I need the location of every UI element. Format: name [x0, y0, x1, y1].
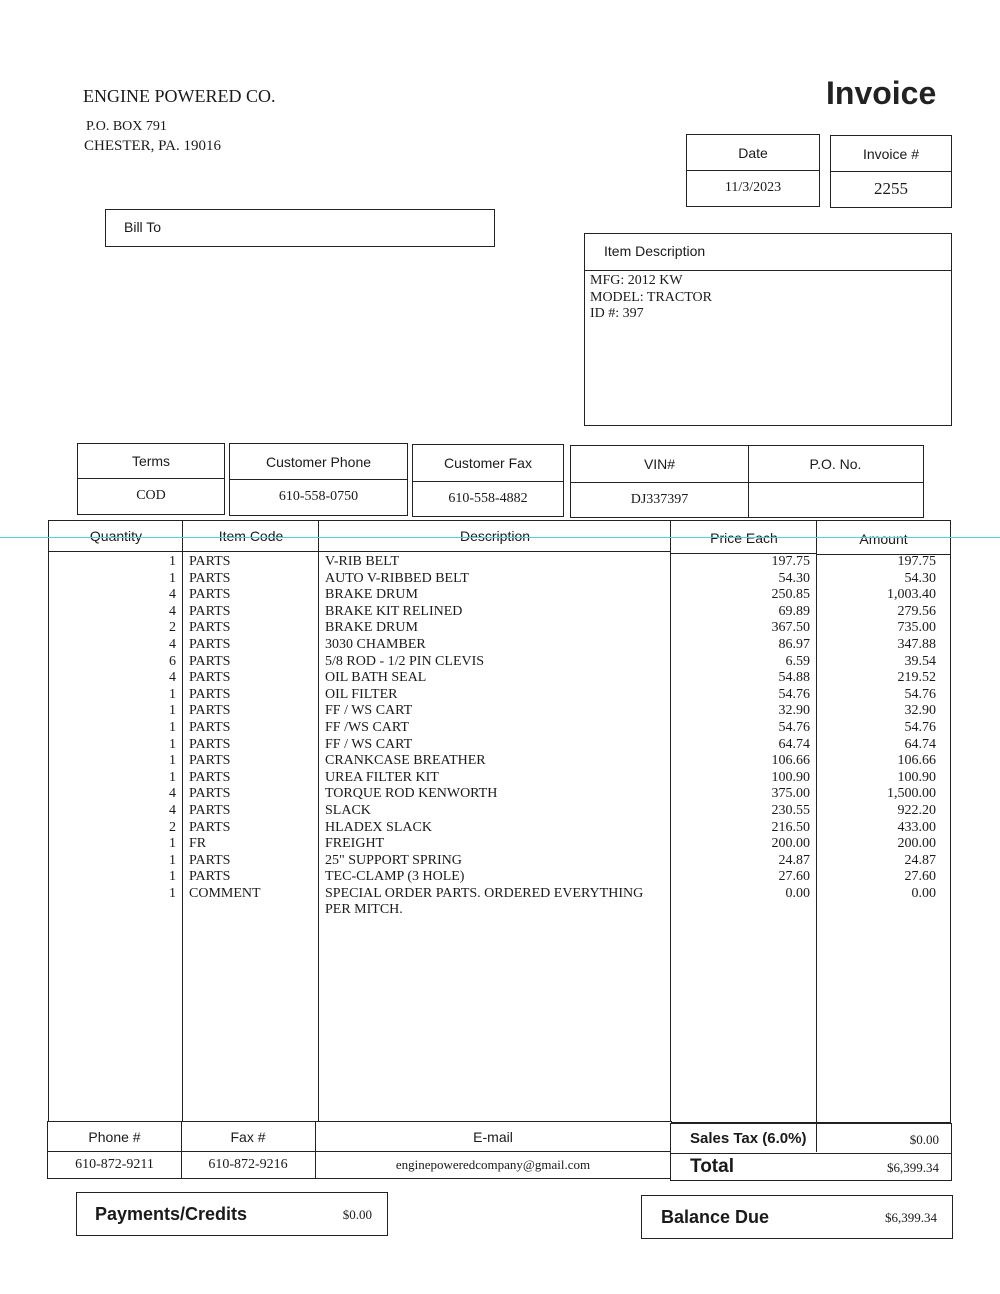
item-description-label: Item Description — [604, 243, 705, 259]
row-description: FF / WS CART — [325, 703, 412, 720]
row-item-code: PARTS — [189, 654, 230, 671]
table-row: 4PARTSTORQUE ROD KENWORTH375.001,500.00 — [49, 786, 950, 803]
balance-due-label: Balance Due — [661, 1207, 769, 1228]
header-amount: Amount — [817, 524, 950, 555]
row-price-each: 54.76 — [779, 687, 811, 704]
row-amount: 54.30 — [905, 571, 937, 588]
row-description: OIL BATH SEAL — [325, 670, 426, 687]
invoice-number-value: 2255 — [831, 172, 951, 206]
row-item-code: PARTS — [189, 720, 230, 737]
row-quantity: 1 — [169, 720, 176, 737]
row-amount: 24.87 — [905, 853, 937, 870]
terms-box: Terms COD — [77, 443, 225, 515]
date-box: Date 11/3/2023 — [686, 134, 820, 207]
row-price-each: 200.00 — [772, 836, 811, 853]
row-item-code: PARTS — [189, 571, 230, 588]
table-row: 1COMMENTSPECIAL ORDER PARTS. ORDERED EVE… — [49, 886, 950, 903]
row-item-code: PARTS — [189, 587, 230, 604]
item-description-id: ID #: 397 — [590, 306, 951, 323]
bill-to-box: Bill To — [105, 209, 495, 247]
row-price-each: 106.66 — [772, 753, 811, 770]
table-row: 4PARTSBRAKE DRUM250.851,003.40 — [49, 587, 950, 604]
row-item-code: PARTS — [189, 869, 230, 886]
company-address-line1: P.O. BOX 791 — [86, 119, 167, 135]
table-row: 1PARTSFF / WS CART64.7464.74 — [49, 737, 950, 754]
row-description: 5/8 ROD - 1/2 PIN CLEVIS — [325, 654, 484, 671]
row-amount: 347.88 — [898, 637, 937, 654]
row-quantity: 6 — [169, 654, 176, 671]
row-description: 3030 CHAMBER — [325, 637, 426, 654]
fax-label: Fax # — [181, 1122, 315, 1151]
date-value: 11/3/2023 — [687, 171, 819, 205]
table-row: 4PARTSOIL BATH SEAL54.88219.52 — [49, 670, 950, 687]
total-value: $6,399.34 — [887, 1160, 939, 1176]
item-description-mfg: MFG: 2012 KW — [590, 273, 951, 290]
sales-tax-label: Sales Tax (6.0%) — [690, 1130, 806, 1147]
phone-value: 610-872-9211 — [48, 1152, 181, 1178]
table-row: 1PARTSUREA FILTER KIT100.90100.90 — [49, 770, 950, 787]
header-price-each: Price Each — [671, 523, 817, 554]
row-price-each: 32.90 — [779, 703, 811, 720]
table-row: PER MITCH. — [49, 902, 950, 919]
row-price-each: 69.89 — [779, 604, 811, 621]
email-value: enginepoweredcompany@gmail.com — [315, 1152, 671, 1178]
row-price-each: 367.50 — [772, 620, 811, 637]
sales-tax-value: $0.00 — [910, 1132, 939, 1148]
invoice-number-label: Invoice # — [831, 136, 951, 172]
row-price-each: 6.59 — [786, 654, 811, 671]
row-description: BRAKE DRUM — [325, 620, 418, 637]
row-quantity: 1 — [169, 753, 176, 770]
total-label: Total — [690, 1156, 734, 1178]
row-price-each: 216.50 — [772, 820, 811, 837]
row-price-each: 230.55 — [772, 803, 811, 820]
row-description: TEC-CLAMP (3 HOLE) — [325, 869, 464, 886]
balance-due-box: Balance Due $6,399.34 — [641, 1195, 953, 1239]
row-price-each: 0.00 — [786, 886, 811, 903]
customer-fax-label: Customer Fax — [413, 445, 563, 482]
row-description: UREA FILTER KIT — [325, 770, 439, 787]
payments-credits-label: Payments/Credits — [95, 1204, 247, 1225]
table-row: 2PARTSBRAKE DRUM367.50735.00 — [49, 620, 950, 637]
row-quantity: 1 — [169, 554, 176, 571]
row-item-code: PARTS — [189, 604, 230, 621]
invoice-number-box: Invoice # 2255 — [830, 135, 952, 208]
row-quantity: 4 — [169, 786, 176, 803]
row-price-each: 64.74 — [779, 737, 811, 754]
row-item-code: PARTS — [189, 803, 230, 820]
row-amount: 433.00 — [898, 820, 937, 837]
row-quantity: 4 — [169, 670, 176, 687]
row-item-code: PARTS — [189, 737, 230, 754]
vin-po-box: VIN# P.O. No. DJ337397 — [570, 445, 924, 518]
row-quantity: 2 — [169, 820, 176, 837]
vin-value: DJ337397 — [571, 483, 748, 517]
row-description: FREIGHT — [325, 836, 384, 853]
row-quantity: 1 — [169, 886, 176, 903]
document-title: Invoice — [826, 75, 936, 112]
date-label: Date — [687, 135, 819, 171]
row-description: V-RIB BELT — [325, 554, 399, 571]
row-item-code: FR — [189, 836, 206, 853]
line-items: 1PARTSV-RIB BELT197.75197.751PARTSAUTO V… — [49, 554, 950, 919]
table-row: 4PARTSSLACK230.55922.20 — [49, 803, 950, 820]
row-price-each: 24.87 — [779, 853, 811, 870]
table-row: 1PARTSCRANKCASE BREATHER106.66106.66 — [49, 753, 950, 770]
row-description: AUTO V-RIBBED BELT — [325, 571, 469, 588]
scan-guide-line — [0, 537, 1000, 538]
row-item-code: PARTS — [189, 703, 230, 720]
row-amount: 1,500.00 — [887, 786, 936, 803]
table-row: 4PARTS3030 CHAMBER86.97347.88 — [49, 637, 950, 654]
company-address-line2: CHESTER, PA. 19016 — [84, 138, 221, 155]
row-price-each: 250.85 — [772, 587, 811, 604]
row-price-each: 54.76 — [779, 720, 811, 737]
terms-label: Terms — [78, 444, 224, 479]
row-item-code: PARTS — [189, 853, 230, 870]
terms-value: COD — [78, 479, 224, 513]
row-price-each: 54.30 — [779, 571, 811, 588]
row-description: HLADEX SLACK — [325, 820, 432, 837]
row-amount: 32.90 — [905, 703, 937, 720]
row-item-code: PARTS — [189, 786, 230, 803]
table-row: 1PARTSTEC-CLAMP (3 HOLE)27.6027.60 — [49, 869, 950, 886]
payments-credits-value: $0.00 — [343, 1207, 372, 1223]
row-amount: 219.52 — [898, 670, 937, 687]
row-item-code: PARTS — [189, 620, 230, 637]
row-description: SLACK — [325, 803, 371, 820]
row-quantity: 2 — [169, 620, 176, 637]
row-amount: 27.60 — [905, 869, 937, 886]
customer-fax-box: Customer Fax 610-558-4882 — [412, 444, 564, 517]
row-price-each: 100.90 — [772, 770, 811, 787]
row-quantity: 1 — [169, 770, 176, 787]
row-quantity: 1 — [169, 869, 176, 886]
row-description: BRAKE KIT RELINED — [325, 604, 462, 621]
row-description: CRANKCASE BREATHER — [325, 753, 486, 770]
bill-to-label: Bill To — [124, 219, 161, 235]
row-item-code: PARTS — [189, 770, 230, 787]
row-quantity: 1 — [169, 571, 176, 588]
row-amount: 54.76 — [905, 720, 937, 737]
table-row: 1PARTSV-RIB BELT197.75197.75 — [49, 554, 950, 571]
totals-box: Sales Tax (6.0%) $0.00 Total $6,399.34 — [670, 1123, 952, 1181]
customer-phone-box: Customer Phone 610-558-0750 — [229, 443, 408, 516]
table-row: 6PARTS5/8 ROD - 1/2 PIN CLEVIS6.5939.54 — [49, 654, 950, 671]
po-number-value — [748, 483, 923, 517]
row-amount: 39.54 — [905, 654, 937, 671]
row-amount: 64.74 — [905, 737, 937, 754]
row-amount: 279.56 — [898, 604, 937, 621]
row-item-code: PARTS — [189, 670, 230, 687]
balance-due-value: $6,399.34 — [885, 1210, 937, 1226]
row-amount: 735.00 — [898, 620, 937, 637]
row-item-code: PARTS — [189, 820, 230, 837]
vin-label: VIN# — [571, 446, 748, 482]
table-row: 1PARTSFF /WS CART54.7654.76 — [49, 720, 950, 737]
row-item-code: PARTS — [189, 554, 230, 571]
row-amount: 106.66 — [898, 753, 937, 770]
row-amount: 100.90 — [898, 770, 937, 787]
row-quantity: 1 — [169, 737, 176, 754]
row-amount: 0.00 — [912, 886, 937, 903]
customer-phone-label: Customer Phone — [230, 444, 407, 480]
row-description: OIL FILTER — [325, 687, 397, 704]
row-amount: 922.20 — [898, 803, 937, 820]
row-quantity: 1 — [169, 853, 176, 870]
company-name: ENGINE POWERED CO. — [83, 86, 275, 107]
contact-footer: Phone # Fax # E-mail 610-872-9211 610-87… — [47, 1121, 672, 1179]
row-item-code: COMMENT — [189, 886, 261, 903]
table-row: 1PARTSOIL FILTER54.7654.76 — [49, 687, 950, 704]
item-description-model: MODEL: TRACTOR — [590, 290, 951, 307]
row-description: PER MITCH. — [325, 902, 403, 919]
row-quantity: 4 — [169, 604, 176, 621]
row-amount: 1,003.40 — [887, 587, 936, 604]
payments-credits-box: Payments/Credits $0.00 — [76, 1192, 388, 1236]
row-amount: 54.76 — [905, 687, 937, 704]
row-quantity: 1 — [169, 836, 176, 853]
row-item-code: PARTS — [189, 637, 230, 654]
table-row: 1PARTSAUTO V-RIBBED BELT54.3054.30 — [49, 571, 950, 588]
row-price-each: 375.00 — [772, 786, 811, 803]
table-row: 1FRFREIGHT200.00200.00 — [49, 836, 950, 853]
customer-phone-value: 610-558-0750 — [230, 480, 407, 514]
row-item-code: PARTS — [189, 753, 230, 770]
row-price-each: 86.97 — [779, 637, 811, 654]
row-description: FF / WS CART — [325, 737, 412, 754]
row-quantity: 4 — [169, 637, 176, 654]
row-quantity: 4 — [169, 587, 176, 604]
email-label: E-mail — [315, 1122, 671, 1151]
row-price-each: 197.75 — [772, 554, 811, 571]
line-items-table: Quantity Item Code Description Price Eac… — [48, 520, 951, 1123]
row-price-each: 27.60 — [779, 869, 811, 886]
row-description: BRAKE DRUM — [325, 587, 418, 604]
po-number-label: P.O. No. — [748, 446, 923, 482]
row-quantity: 4 — [169, 803, 176, 820]
row-item-code: PARTS — [189, 687, 230, 704]
row-description: 25" SUPPORT SPRING — [325, 853, 462, 870]
row-amount: 197.75 — [898, 554, 937, 571]
phone-label: Phone # — [48, 1122, 181, 1151]
customer-fax-value: 610-558-4882 — [413, 482, 563, 515]
row-amount: 200.00 — [898, 836, 937, 853]
table-row: 2PARTSHLADEX SLACK216.50433.00 — [49, 820, 950, 837]
row-quantity: 1 — [169, 703, 176, 720]
row-price-each: 54.88 — [779, 670, 811, 687]
fax-value: 610-872-9216 — [181, 1152, 315, 1178]
table-row: 4PARTSBRAKE KIT RELINED69.89279.56 — [49, 604, 950, 621]
row-quantity: 1 — [169, 687, 176, 704]
row-description: TORQUE ROD KENWORTH — [325, 786, 497, 803]
table-row: 1PARTSFF / WS CART32.9032.90 — [49, 703, 950, 720]
row-description: SPECIAL ORDER PARTS. ORDERED EVERYTHING — [325, 886, 643, 903]
table-row: 1PARTS25" SUPPORT SPRING24.8724.87 — [49, 853, 950, 870]
item-description-box: Item Description MFG: 2012 KW MODEL: TRA… — [584, 233, 952, 426]
row-description: FF /WS CART — [325, 720, 409, 737]
